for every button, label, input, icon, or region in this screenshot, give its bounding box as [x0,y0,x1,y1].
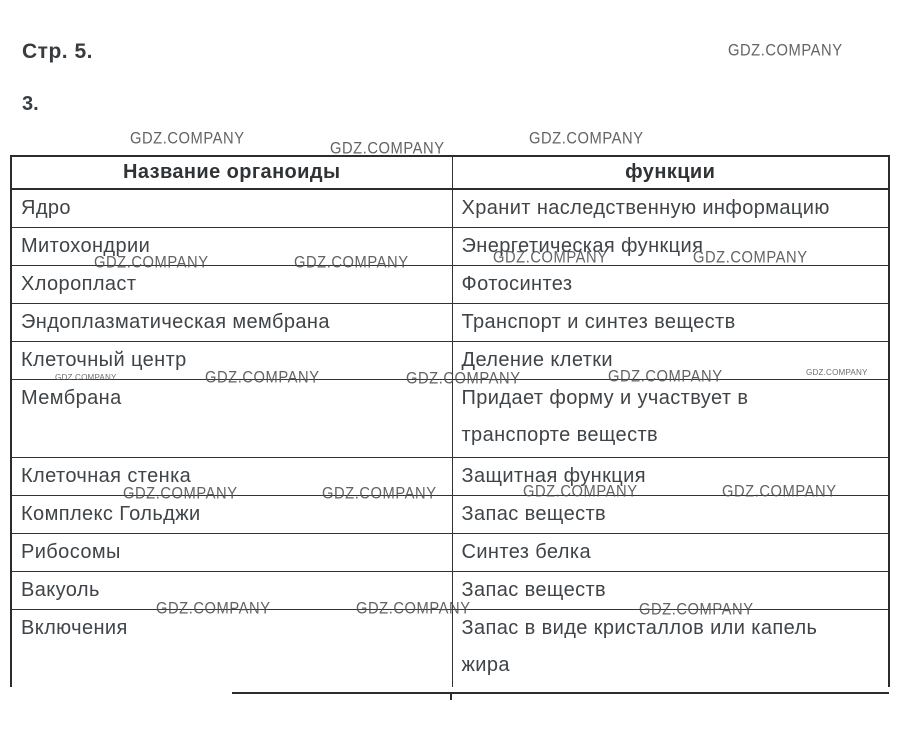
table-row: Рибосомы Синтез белка [11,534,889,572]
watermark-text: GDZ.COMPANY [356,600,471,619]
watermark-text: GDZ.COMPANY [94,254,209,273]
watermark-text: GDZ.COMPANY [639,601,754,620]
cell-text: Придает форму и участвует в транспорте в… [462,387,749,446]
function-cell: Синтез белка [452,534,889,572]
cell-text: Ядро [21,197,71,219]
table-row: Включения Запас в виде кристаллов или ка… [11,610,889,688]
cell-text: Хранит наследственную информацию [462,197,830,219]
cell-text: Синтез белка [462,541,591,563]
cell-text: Эндоплазматическая мембрана [21,311,330,333]
watermark-text: GDZ.COMPANY [728,42,843,61]
column-header-function: функции [452,156,889,189]
cell-text: Мембрана [21,387,122,409]
watermark-text: GDZ.COMPANY [55,372,117,382]
watermark-text: GDZ.COMPANY [294,254,409,273]
cell-text: Фотосинтез [462,273,573,295]
watermark-text: GDZ.COMPANY [322,485,437,504]
organoid-name-cell: Эндоплазматическая мембрана [11,304,452,342]
cell-text: Рибосомы [21,541,121,563]
organoid-name-cell: Мембрана [11,380,452,458]
organoid-name-cell: Рибосомы [11,534,452,572]
function-cell: Запас в виде кристаллов или капель жира [452,610,889,688]
function-cell: Хранит наследственную информацию [452,189,889,228]
table-row: Ядро Хранит наследственную информацию [11,189,889,228]
function-cell: Придает форму и участвует в транспорте в… [452,380,889,458]
task-number: 3. [22,93,39,116]
table-row: Эндоплазматическая мембрана Транспорт и … [11,304,889,342]
function-cell: Транспорт и синтез веществ [452,304,889,342]
cell-text: Деление клетки [462,349,613,371]
cell-text: Комплекс Гольджи [21,503,201,525]
cell-text: Запас в виде кристаллов или капель жира [462,617,818,676]
organoid-name-cell: Ядро [11,189,452,228]
column-header-organoid: Название органоиды [11,156,452,189]
watermark-text: GDZ.COMPANY [330,140,445,159]
function-cell: Фотосинтез [452,266,889,304]
watermark-text: GDZ.COMPANY [693,249,808,268]
cell-text: Запас веществ [462,579,607,601]
watermark-text: GDZ.COMPANY [523,483,638,502]
cell-text: Клеточная стенка [21,465,191,487]
watermark-text: GDZ.COMPANY [205,369,320,388]
document-page: Стр. 5. 3. GDZ.COMPANY GDZ.COMPANY GDZ.C… [0,0,899,738]
watermark-text: GDZ.COMPANY [529,130,644,149]
cell-text: Хлоропласт [21,273,136,295]
watermark-text: GDZ.COMPANY [806,367,868,377]
cell-text: Транспорт и синтез веществ [462,311,736,333]
table-row: Мембрана Придает форму и участвует в тра… [11,380,889,458]
cell-text: Включения [21,617,128,639]
watermark-text: GDZ.COMPANY [156,600,271,619]
table-header-row: Название органоиды функции [11,156,889,189]
column-divider-tail [450,692,452,700]
watermark-text: GDZ.COMPANY [608,368,723,387]
watermark-text: GDZ.COMPANY [722,483,837,502]
watermark-text: GDZ.COMPANY [123,485,238,504]
watermark-text: GDZ.COMPANY [130,130,245,149]
watermark-text: GDZ.COMPANY [406,370,521,389]
watermark-text: GDZ.COMPANY [493,249,608,268]
page-label: Стр. 5. [22,40,93,64]
organoid-name-cell: Включения [11,610,452,688]
cell-text: Клеточный центр [21,349,187,371]
cell-text: Запас веществ [462,503,607,525]
partial-bottom-border [232,692,889,694]
cell-text: Вакуоль [21,579,100,601]
